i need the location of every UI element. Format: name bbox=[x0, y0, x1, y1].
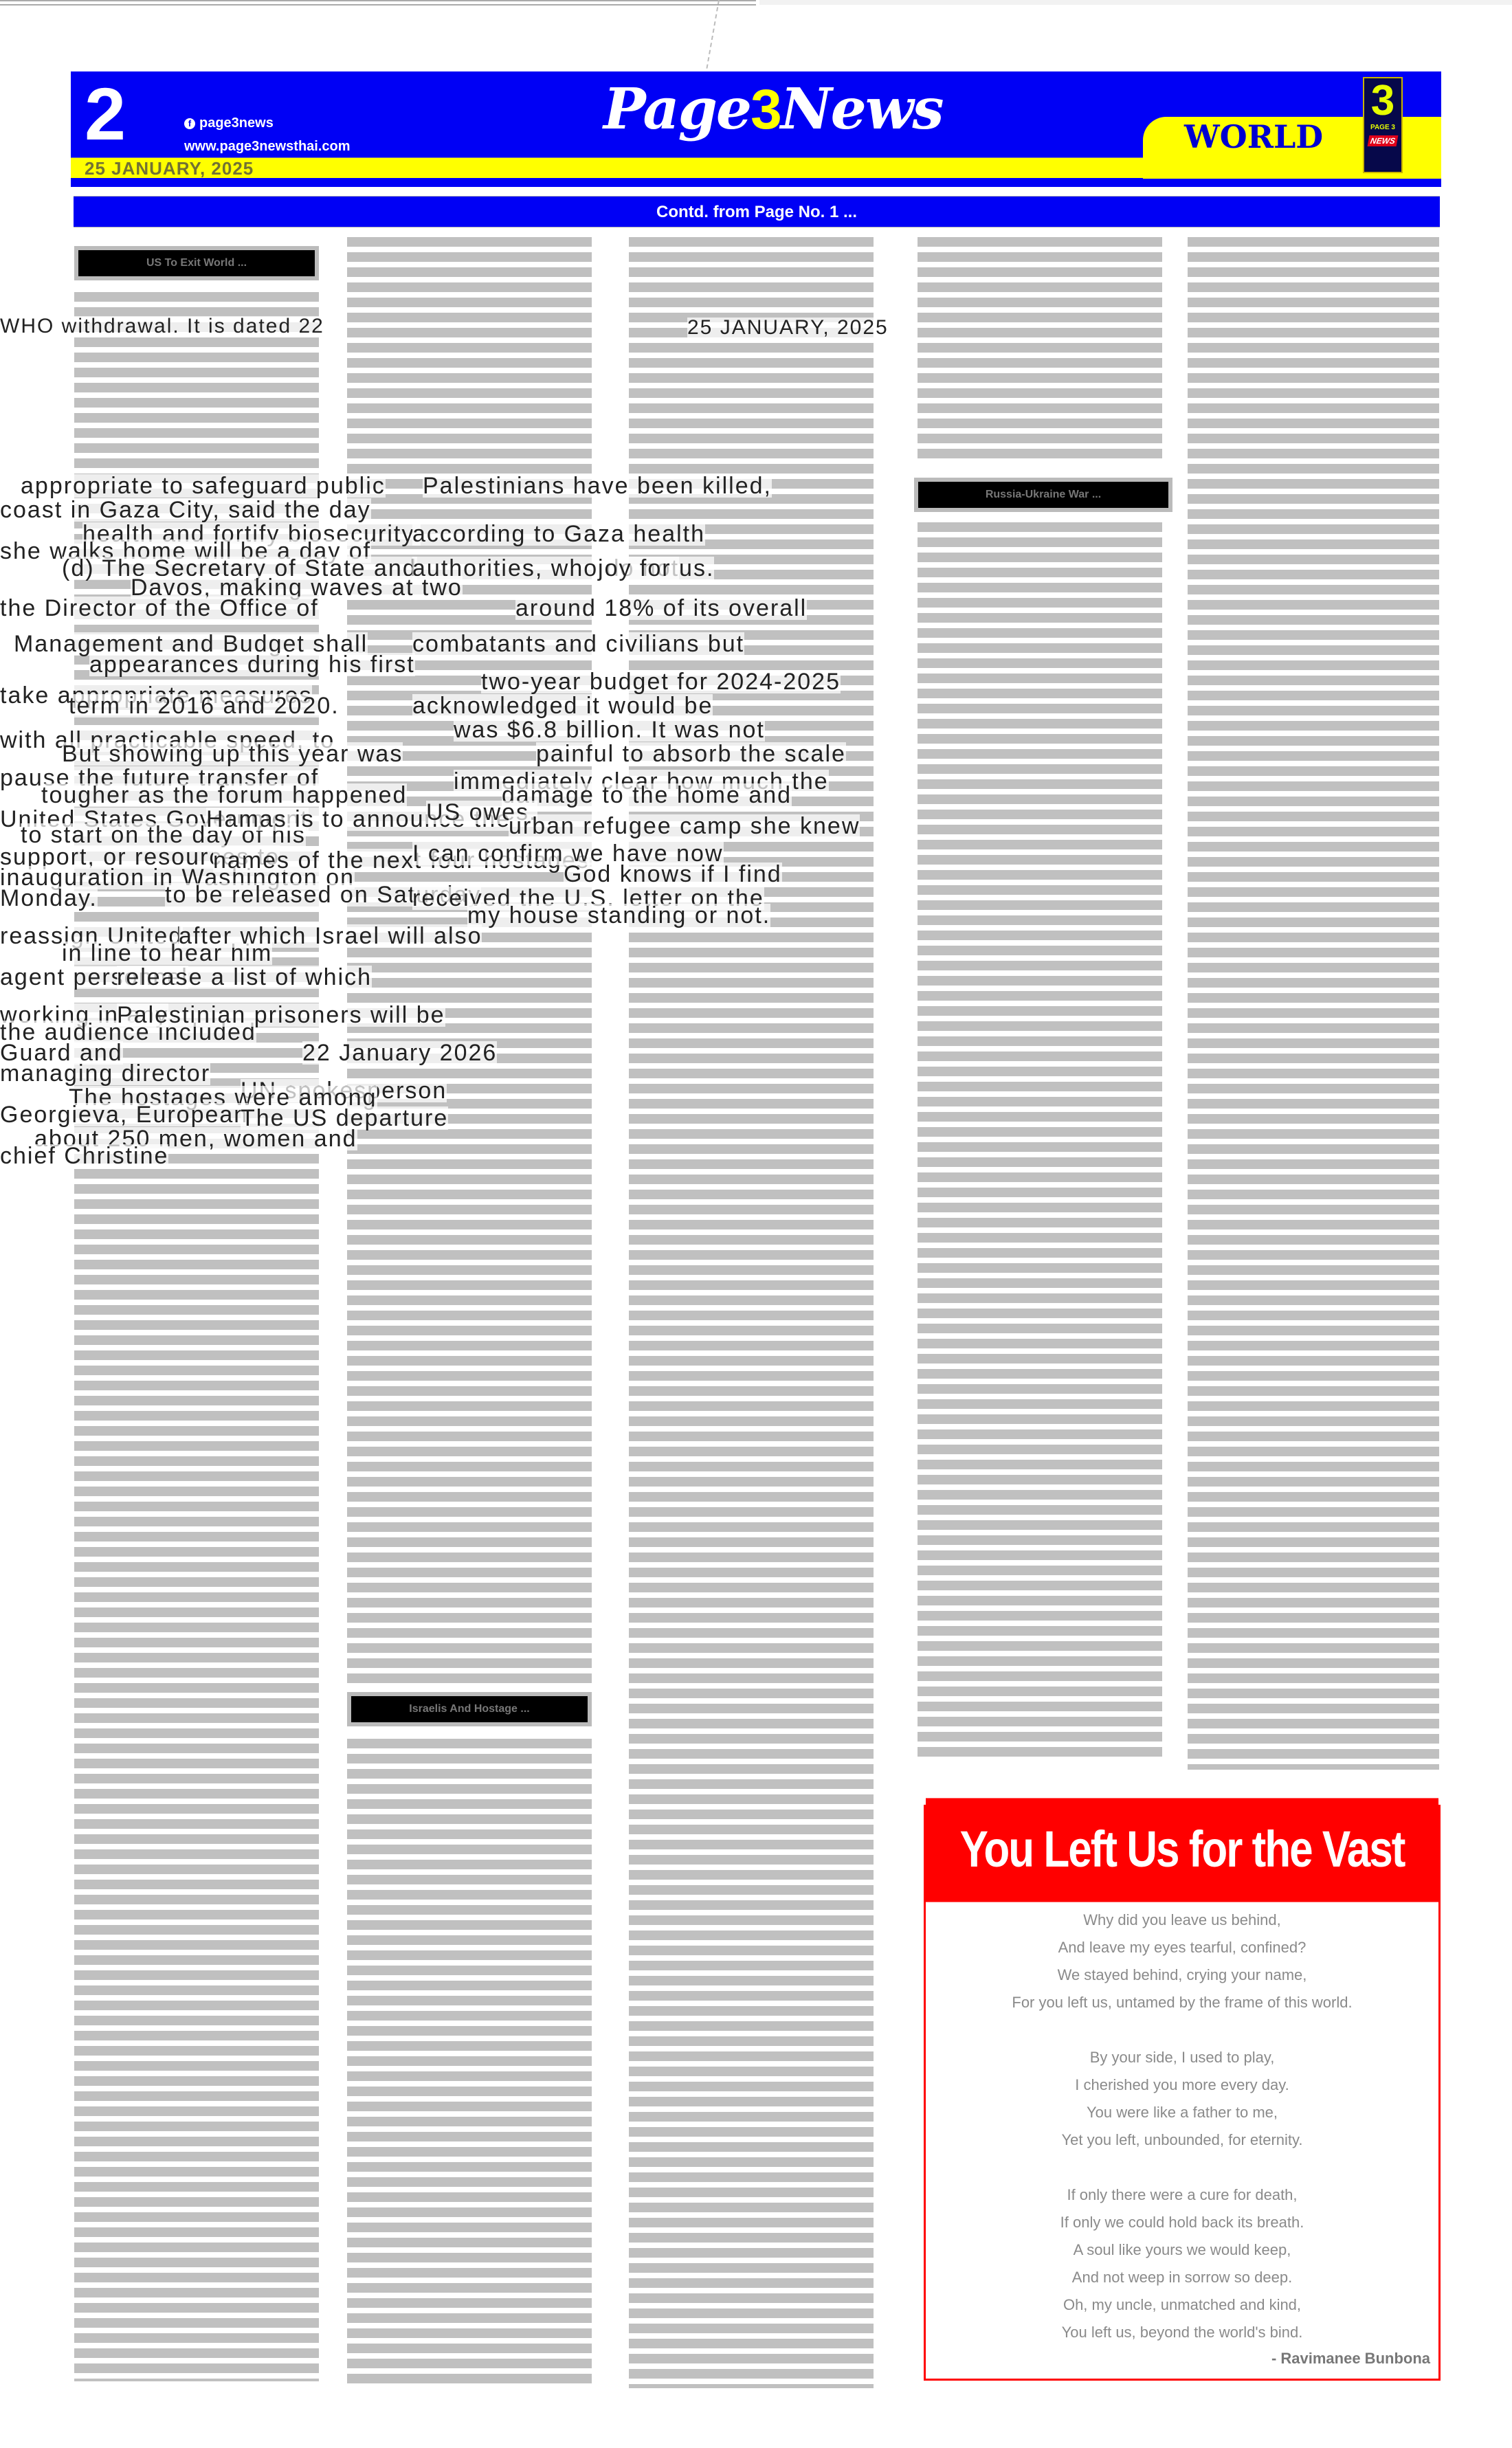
poem-body: Why did you leave us behind, And leave m… bbox=[926, 1906, 1438, 2374]
overlay-text: appropriate to safeguard public bbox=[21, 474, 386, 498]
section-label: WORLD bbox=[1184, 118, 1323, 155]
poem-line: We stayed behind, crying your name, bbox=[926, 1961, 1438, 1989]
overlay-text: two-year budget for 2024-2025 bbox=[481, 670, 841, 693]
overlay-text: appearances during his first bbox=[89, 653, 415, 676]
poem-line: And leave my eyes tearful, confined? bbox=[926, 1934, 1438, 1961]
newspaper-page: 2 fpage3news www.page3newsthai.com 25 JA… bbox=[0, 0, 1512, 2448]
facebook-handle: page3news bbox=[199, 115, 274, 131]
website-link[interactable]: www.page3newsthai.com bbox=[184, 135, 351, 158]
poem-line: By your side, I used to play, bbox=[926, 2044, 1438, 2071]
top-border-right bbox=[759, 0, 1512, 5]
overlay-text: combatants and civilians but bbox=[412, 632, 744, 656]
poem-author: - Ravimanee Bunbona bbox=[1271, 2350, 1430, 2368]
article-column-4b bbox=[918, 522, 1162, 1759]
poem-line: You left us, beyond the world's bind. bbox=[926, 2319, 1438, 2346]
article-column-2 bbox=[347, 237, 592, 1687]
overlay-text: Palestinian prisoners will be bbox=[117, 1003, 445, 1027]
overlay-text: managing director bbox=[0, 1062, 210, 1085]
continued-banner: Contd. from Page No. 1 ... bbox=[74, 196, 1440, 227]
top-border bbox=[0, 0, 756, 5]
poem-line: If only there were a cure for death, bbox=[926, 2181, 1438, 2209]
overlay-text: around 18% of its overall bbox=[515, 597, 807, 620]
poem-box: You Left Us for the Vast Worlds Why did … bbox=[924, 1805, 1441, 2381]
overlay-text: my house standing or not. bbox=[467, 904, 770, 927]
article-column-2b bbox=[347, 1739, 592, 2385]
brand-three: 3 bbox=[751, 78, 781, 141]
fold-line bbox=[705, 0, 720, 76]
overlay-text: But showing up this year was bbox=[62, 742, 403, 766]
facebook-icon: f bbox=[184, 118, 195, 129]
brand-logo: Page3News bbox=[603, 81, 943, 138]
poem-line: Oh, my uncle, unmatched and kind, bbox=[926, 2291, 1438, 2319]
poem-stanza: If only there were a cure for death, If … bbox=[926, 2181, 1438, 2346]
kicker-us-exit-who: US To Exit World ... bbox=[74, 246, 319, 280]
poem-title: You Left Us for the Vast Worlds bbox=[926, 1798, 1438, 1902]
poem-line: If only we could hold back its breath. bbox=[926, 2209, 1438, 2236]
poem-line: A soul like yours we would keep, bbox=[926, 2236, 1438, 2264]
overlay-text: according to Gaza health bbox=[412, 522, 705, 546]
facebook-link[interactable]: fpage3news bbox=[184, 111, 351, 135]
poem-line: And not weep in sorrow so deep. bbox=[926, 2264, 1438, 2291]
poem-line: I cherished you more every day. bbox=[926, 2071, 1438, 2099]
masthead: 2 fpage3news www.page3newsthai.com 25 JA… bbox=[71, 71, 1441, 187]
overlay-text: Monday. bbox=[0, 887, 98, 910]
overlay-text: acknowledged it would be bbox=[412, 694, 713, 717]
poem-line: Why did you leave us behind, bbox=[926, 1906, 1438, 1934]
overlay-text: damage to the home and bbox=[502, 783, 792, 807]
kicker-russia-ukraine: Russia-Ukraine War ... bbox=[914, 478, 1172, 512]
article-column-5 bbox=[1188, 237, 1439, 1770]
overlay-text: WHO withdrawal. It is dated 22 bbox=[0, 316, 324, 337]
poem-line: Yet you left, unbounded, for eternity. bbox=[926, 2126, 1438, 2154]
poem-line: You were like a father to me, bbox=[926, 2099, 1438, 2126]
overlay-text: Palestinians have been killed, bbox=[423, 474, 772, 498]
overlay-text: term in 2016 and 2020. bbox=[69, 694, 340, 717]
overlay-text: joy for us. bbox=[598, 557, 714, 580]
poem-stanza: Why did you leave us behind, And leave m… bbox=[926, 1906, 1438, 2016]
overlay-text: after which Israel will also bbox=[179, 924, 482, 948]
poem-stanza: By your side, I used to play, I cherishe… bbox=[926, 2044, 1438, 2154]
kicker-israelis-hostage: Israelis And Hostage ... bbox=[347, 1692, 592, 1726]
overlay-text: tougher as the forum happened bbox=[41, 783, 407, 807]
brand-prefix: Page bbox=[603, 76, 751, 142]
overlay-text: chief Christine bbox=[0, 1144, 168, 1168]
overlay-text: release a list of which bbox=[117, 966, 372, 989]
brand-suffix: News bbox=[781, 76, 943, 142]
overlay-text: the Director of the Office of bbox=[0, 597, 319, 620]
issue-date: 25 JANUARY, 2025 bbox=[85, 158, 254, 179]
overlay-text: painful to absorb the scale bbox=[536, 742, 846, 766]
overlay-text: coast in Gaza City, said the day bbox=[0, 498, 371, 522]
logo-number: 3 bbox=[1364, 78, 1401, 124]
social-links: fpage3news www.page3newsthai.com bbox=[184, 111, 351, 158]
poem-line: For you left us, untamed by the frame of… bbox=[926, 1989, 1438, 2016]
overlay-text: was $6.8 billion. It was not bbox=[454, 718, 765, 742]
overlay-text: urban refugee camp she knew bbox=[509, 814, 860, 838]
overlay-text: God knows if I find bbox=[564, 863, 782, 886]
page3-logo: 3 PAGE 3 NEWS bbox=[1363, 77, 1403, 173]
overlay-text: 22 January 2026 bbox=[302, 1041, 497, 1065]
page-number: 2 bbox=[85, 77, 126, 151]
article-column-4 bbox=[918, 237, 1162, 464]
logo-badge: NEWS bbox=[1368, 135, 1399, 146]
logo-text: PAGE 3 bbox=[1364, 124, 1401, 131]
overlay-text: Georgieva, European bbox=[0, 1103, 248, 1126]
overlay-text: 25 JANUARY, 2025 bbox=[687, 318, 889, 338]
